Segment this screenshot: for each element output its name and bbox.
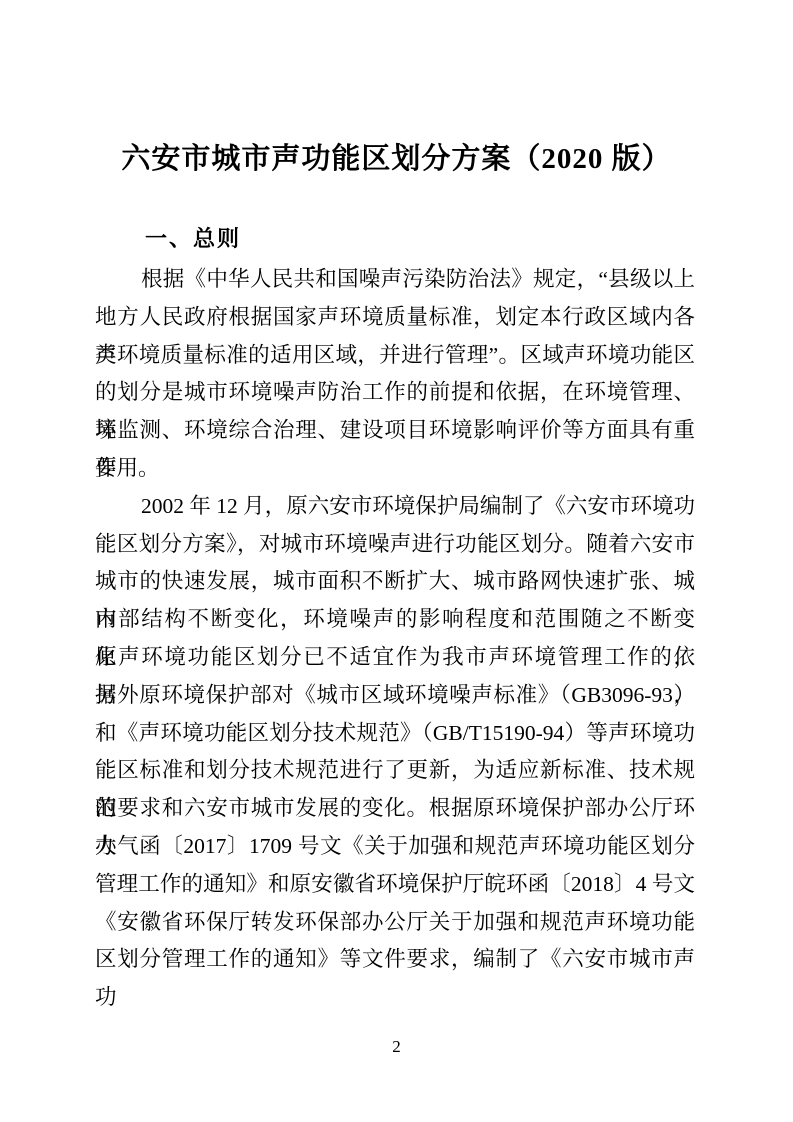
text-line: 境监测、环境综合治理、建设项目环境影响评价等方面具有重要 — [95, 412, 695, 450]
text-line: 根据《中华人民共和国噪声污染防治法》规定，“县级以上 — [95, 261, 695, 299]
text-line: 和《声环境功能区划分技术规范》（GB/T15190-94）等声环境功 — [95, 715, 695, 753]
text-line: 能区标准和划分技术规范进行了更新，为适应新标准、技术规范 — [95, 752, 695, 790]
text-line: 作用。 — [95, 450, 695, 488]
text-line: 另外原环境保护部对《城市区域环境噪声标准》（GB3096-93） — [95, 677, 695, 715]
text-line: 区划分管理工作的通知》等文件要求，编制了《六安市城市声功 — [95, 941, 695, 979]
text-line: 内部结构不断变化，环境噪声的影响程度和范围随之不断变化， — [95, 601, 695, 639]
section-heading: 一、总则 — [145, 225, 241, 253]
text-line: 城市的快速发展，城市面积不断扩大、城市路网快速扩张、城市 — [95, 563, 695, 601]
document-page: 六安市城市声功能区划分方案（2020 版） 一、总则 根据《中华人民共和国噪声污… — [0, 0, 793, 1122]
text-line: 能区划分方案》，对城市环境噪声进行功能区划分。随着六安市 — [95, 526, 695, 564]
text-line: 的划分是城市环境噪声防治工作的前提和依据，在环境管理、环 — [95, 374, 695, 412]
text-line: 声环境质量标准的适用区域，并进行管理”。区域声环境功能区 — [95, 337, 695, 375]
text-line: 的要求和六安市城市发展的变化。根据原环境保护部办公厅环办 — [95, 790, 695, 828]
text-line: 地方人民政府根据国家声环境质量标准，划定本行政区域内各类 — [95, 299, 695, 337]
body-text: 根据《中华人民共和国噪声污染防治法》规定，“县级以上地方人民政府根据国家声环境质… — [95, 261, 695, 979]
page-number: 2 — [0, 1036, 793, 1058]
page-title: 六安市城市声功能区划分方案（2020 版） — [0, 140, 793, 178]
text-line: 2002 年 12 月，原六安市环境保护局编制了《六安市环境功 — [95, 488, 695, 526]
text-line: 原声环境功能区划分已不适宜作为我市声环境管理工作的依据， — [95, 639, 695, 677]
text-line: 管理工作的通知》和原安徽省环境保护厅皖环函〔2018〕4 号文 — [95, 866, 695, 904]
text-line: 《安徽省环保厅转发环保部办公厅关于加强和规范声环境功能 — [95, 904, 695, 942]
text-line: 大气函〔2017〕1709 号文《关于加强和规范声环境功能区划分 — [95, 828, 695, 866]
